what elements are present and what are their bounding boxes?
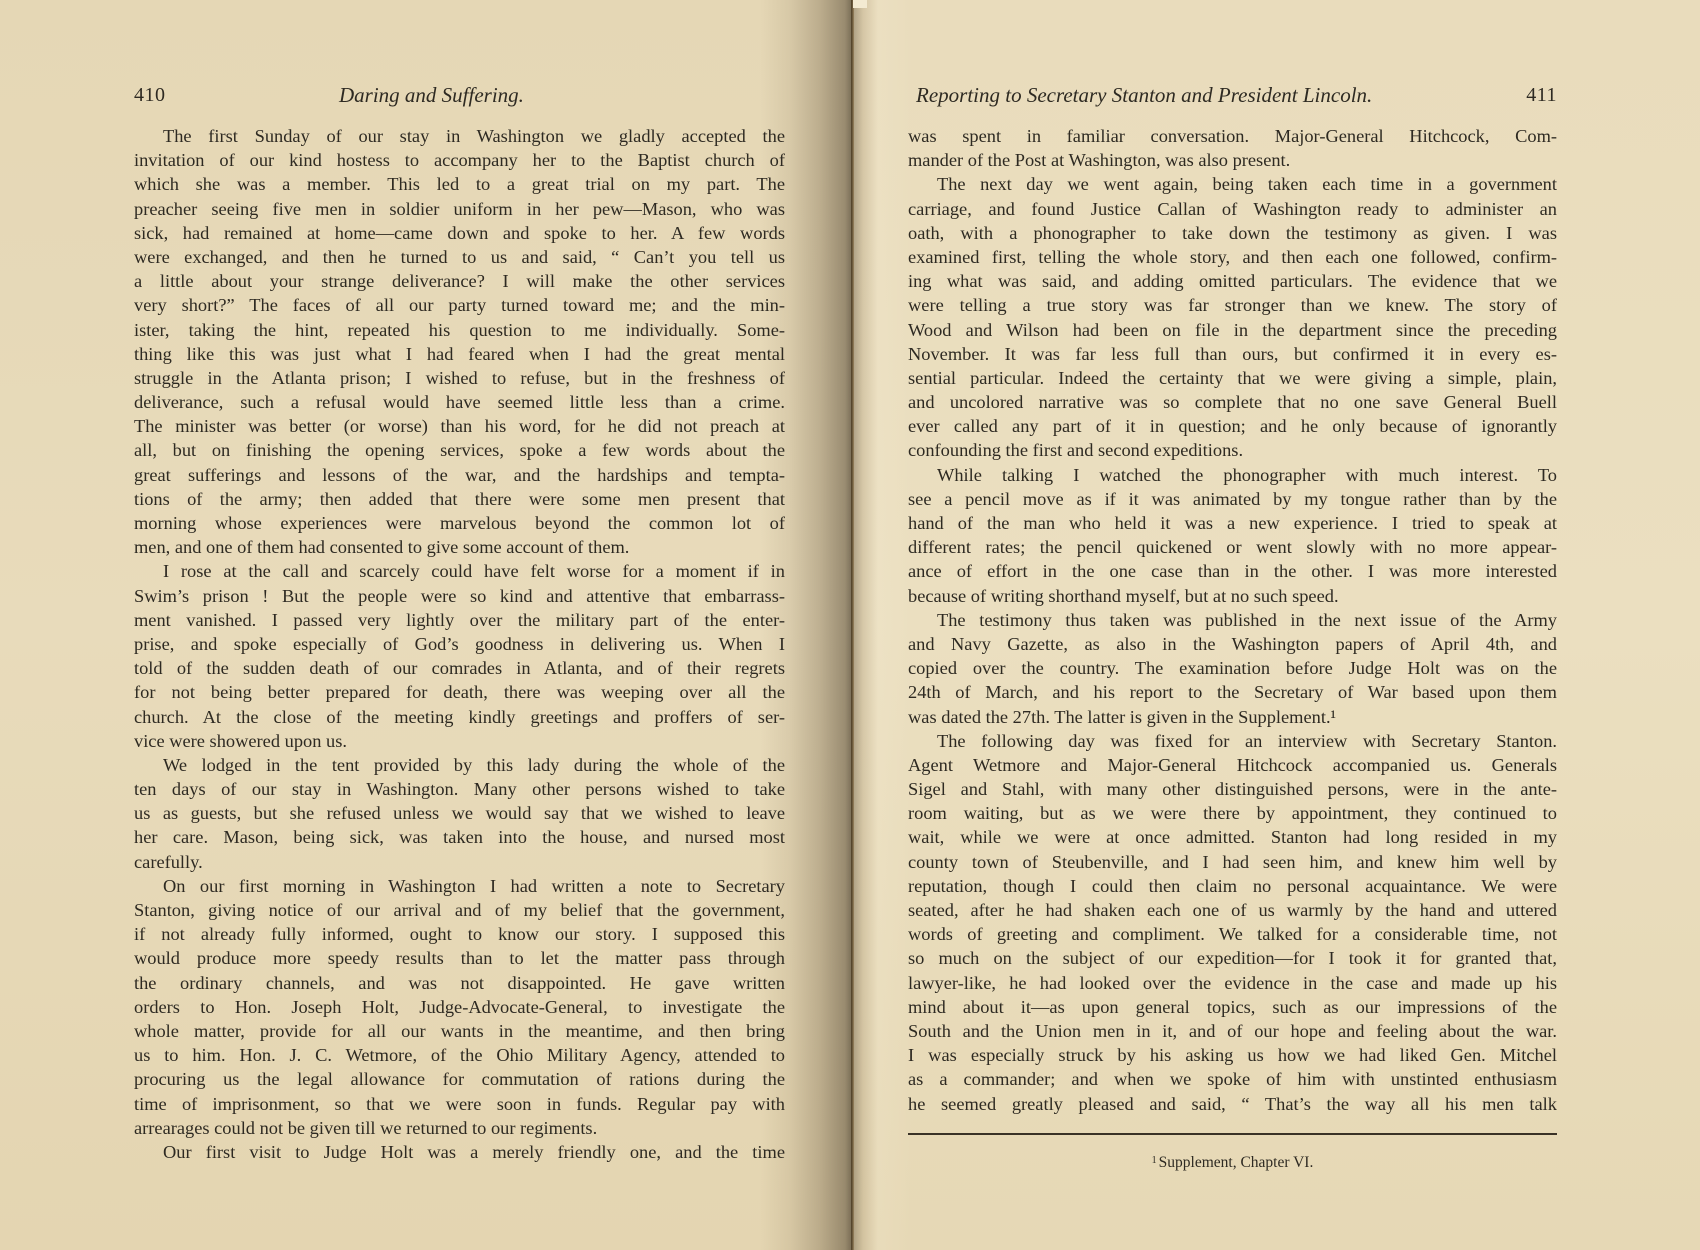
text-line: examined first, telling the whole story,… bbox=[908, 245, 1557, 269]
right-page-body: was spent in familiar conversation. Majo… bbox=[908, 124, 1557, 1116]
text-line: morning whose experiences were marvelous… bbox=[134, 511, 785, 535]
page-number-left: 410 bbox=[134, 80, 166, 110]
text-line: seated, after he had shaken each one of … bbox=[908, 898, 1557, 922]
text-line: tions of the army; then added that there… bbox=[134, 487, 785, 511]
text-line: carriage, and found Justice Callan of Wa… bbox=[908, 197, 1557, 221]
text-line: deliverance, such a refusal would have s… bbox=[134, 390, 785, 414]
text-line: November. It was far less full than ours… bbox=[908, 342, 1557, 366]
text-line: was spent in familiar conversation. Majo… bbox=[908, 124, 1557, 148]
text-line: men, and one of them had consented to gi… bbox=[134, 535, 785, 559]
text-line: see a pencil move as if it was animated … bbox=[908, 487, 1557, 511]
text-line: The first Sunday of our stay in Washingt… bbox=[134, 124, 785, 148]
book-spread: 410 Daring and Suffering. The first Sund… bbox=[0, 0, 1700, 1250]
text-line: ance of effort in the one case than in t… bbox=[908, 559, 1557, 583]
text-line: which she was a member. This led to a gr… bbox=[134, 172, 785, 196]
footnote: 1Supplement, Chapter VI. bbox=[908, 1150, 1557, 1174]
text-line: ten days of our stay in Washington. Many… bbox=[134, 777, 785, 801]
text-line: for not being better prepared for death,… bbox=[134, 680, 785, 704]
text-line: mind about it—as upon general topics, su… bbox=[908, 995, 1557, 1019]
left-running-head: 410 Daring and Suffering. bbox=[134, 80, 785, 110]
text-line: county town of Steubenville, and I had s… bbox=[908, 850, 1557, 874]
text-line: I rose at the call and scarcely could ha… bbox=[134, 559, 785, 583]
text-line: her care. Mason, being sick, was taken i… bbox=[134, 825, 785, 849]
text-line: told of the sudden death of our comrades… bbox=[134, 656, 785, 680]
text-line: words of greeting and compliment. We tal… bbox=[908, 922, 1557, 946]
text-line: different rates; the pencil quickened or… bbox=[908, 535, 1557, 559]
text-line: were telling a true story was far strong… bbox=[908, 293, 1557, 317]
text-line: and Navy Gazette, as also in the Washing… bbox=[908, 632, 1557, 656]
text-line: time of imprisonment, so that we were so… bbox=[134, 1092, 785, 1116]
text-line: The minister was better (or worse) than … bbox=[134, 414, 785, 438]
text-line: On our first morning in Washington I had… bbox=[134, 874, 785, 898]
text-line: The testimony thus taken was published i… bbox=[908, 608, 1557, 632]
footnote-marker: 1 bbox=[1152, 1155, 1157, 1166]
text-line: The next day we went again, being taken … bbox=[908, 172, 1557, 196]
text-line: confounding the first and second expedit… bbox=[908, 438, 1557, 462]
text-line: Our first visit to Judge Holt was a mere… bbox=[134, 1140, 785, 1164]
text-line: arrearages could not be given till we re… bbox=[134, 1116, 785, 1140]
running-head-title-right: Reporting to Secretary Stanton and Presi… bbox=[916, 80, 1372, 110]
text-line: thing like this was just what I had fear… bbox=[134, 342, 785, 366]
text-line: Agent Wetmore and Major-General Hitchcoc… bbox=[908, 753, 1557, 777]
text-line: struggle in the Atlanta prison; I wished… bbox=[134, 366, 785, 390]
text-line: were exchanged, and then he turned to us… bbox=[134, 245, 785, 269]
text-line: Stanton, giving notice of our arrival an… bbox=[134, 898, 785, 922]
text-line: very short?” The faces of all our party … bbox=[134, 293, 785, 317]
text-line: ister, taking the hint, repeated his que… bbox=[134, 318, 785, 342]
text-line: as a commander; and when we spoke of him… bbox=[908, 1067, 1557, 1091]
text-line: I was especially struck by his asking us… bbox=[908, 1043, 1557, 1067]
text-line: reputation, though I could then claim no… bbox=[908, 874, 1557, 898]
text-line: vice were showered upon us. bbox=[134, 729, 785, 753]
text-line: us to him. Hon. J. C. Wetmore, of the Oh… bbox=[134, 1043, 785, 1067]
text-line: orders to Hon. Joseph Holt, Judge-Advoca… bbox=[134, 995, 785, 1019]
text-line: whole matter, provide for all our wants … bbox=[134, 1019, 785, 1043]
text-line: mander of the Post at Washington, was al… bbox=[908, 148, 1557, 172]
text-line: Sigel and Stahl, with many other disting… bbox=[908, 777, 1557, 801]
text-line: room waiting, but as we were there by ap… bbox=[908, 801, 1557, 825]
running-head-title-left: Daring and Suffering. bbox=[339, 80, 524, 110]
text-line: carefully. bbox=[134, 850, 785, 874]
text-line: lawyer-like, he had looked over the evid… bbox=[908, 971, 1557, 995]
text-line: Wood and Wilson had been on file in the … bbox=[908, 318, 1557, 342]
text-line: While talking I watched the phonographer… bbox=[908, 463, 1557, 487]
text-line: church. At the close of the meeting kind… bbox=[134, 705, 785, 729]
footnote-divider bbox=[908, 1133, 1557, 1135]
text-line: great sufferings and lessons of the war,… bbox=[134, 463, 785, 487]
text-line: prise, and spoke especially of God’s goo… bbox=[134, 632, 785, 656]
text-line: all, but on finishing the opening servic… bbox=[134, 438, 785, 462]
text-line: ment vanished. I passed very lightly ove… bbox=[134, 608, 785, 632]
text-line: us as guests, but she refused unless we … bbox=[134, 801, 785, 825]
text-line: oath, with a phonographer to take down t… bbox=[908, 221, 1557, 245]
text-line: a little about your strange deliverance?… bbox=[134, 269, 785, 293]
text-line: copied over the country. The examination… bbox=[908, 656, 1557, 680]
text-line: invitation of our kind hostess to accomp… bbox=[134, 148, 785, 172]
footnote-text: Supplement, Chapter VI. bbox=[1159, 1154, 1314, 1171]
text-line: sential particular. Indeed the certainty… bbox=[908, 366, 1557, 390]
text-line: wait, while we were at once admitted. St… bbox=[908, 825, 1557, 849]
text-line: would produce more speedy results than t… bbox=[134, 946, 785, 970]
text-line: ing what was said, and adding omitted pa… bbox=[908, 269, 1557, 293]
text-line: The following day was fixed for an inter… bbox=[908, 729, 1557, 753]
text-line: South and the Union men in it, and of ou… bbox=[908, 1019, 1557, 1043]
text-line: he seemed greatly pleased and said, “ Th… bbox=[908, 1092, 1557, 1116]
text-line: if not already fully informed, ought to … bbox=[134, 922, 785, 946]
left-page: 410 Daring and Suffering. The first Sund… bbox=[0, 0, 853, 1250]
left-page-body: The first Sunday of our stay in Washingt… bbox=[134, 124, 785, 1164]
page-number-right: 411 bbox=[1526, 80, 1557, 110]
text-line: We lodged in the tent provided by this l… bbox=[134, 753, 785, 777]
text-line: preacher seeing five men in soldier unif… bbox=[134, 197, 785, 221]
text-line: sick, had remained at home—came down and… bbox=[134, 221, 785, 245]
text-line: and uncolored narrative was so complete … bbox=[908, 390, 1557, 414]
text-line: the ordinary channels, and was not disap… bbox=[134, 971, 785, 995]
text-line: Swim’s prison ! But the people were so k… bbox=[134, 584, 785, 608]
text-line: because of writing shorthand myself, but… bbox=[908, 584, 1557, 608]
text-line: was dated the 27th. The latter is given … bbox=[908, 705, 1557, 729]
gutter-page-edge bbox=[853, 0, 867, 8]
book-gutter bbox=[851, 0, 854, 1250]
text-line: ever called any part of it in question; … bbox=[908, 414, 1557, 438]
text-line: so much on the subject of our expedition… bbox=[908, 946, 1557, 970]
text-line: hand of the man who held it was a new ex… bbox=[908, 511, 1557, 535]
text-line: procuring us the legal allowance for com… bbox=[134, 1067, 785, 1091]
right-running-head: Reporting to Secretary Stanton and Presi… bbox=[908, 80, 1557, 110]
text-line: 24th of March, and his report to the Sec… bbox=[908, 680, 1557, 704]
